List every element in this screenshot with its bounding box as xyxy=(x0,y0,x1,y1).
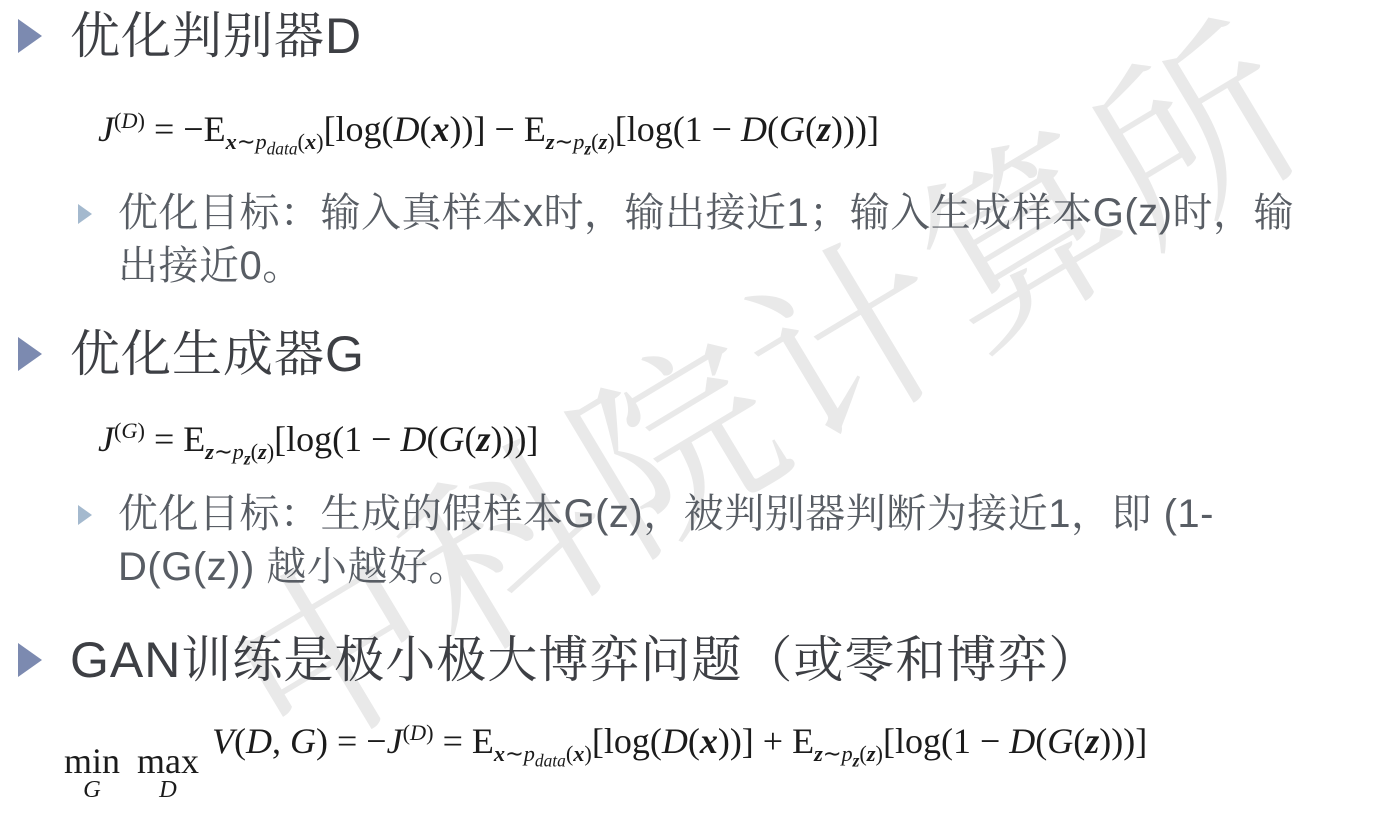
section-heading-generator: 优化生成器G xyxy=(18,322,365,386)
body-line: 优化目标：输入真样本x时，输出接近1；输入生成样本G(z)时，输 xyxy=(118,187,1294,240)
bullet-triangle-icon xyxy=(18,19,42,53)
content-layer: 优化判别器D J(D) = −Ex∼pdata(x)[log(D(x))] − … xyxy=(0,0,1387,817)
section-heading-discriminator: 优化判别器D xyxy=(18,4,362,68)
bullet-triangle-icon xyxy=(18,643,42,677)
body-line: D(G(z)) 越小越好。 xyxy=(118,541,1214,594)
body-text: 优化目标：生成的假样本G(z)，被判别器判断为接近1，即 (1- D(G(z))… xyxy=(118,488,1214,594)
heading-text: 优化判别器D xyxy=(70,4,362,68)
bullet-triangle-icon xyxy=(18,337,42,371)
discriminator-loss-formula: J(D) = −Ex∼pdata(x)[log(D(x))] − Ez∼pz(z… xyxy=(98,104,879,154)
section-heading-minimax: GAN训练是极小极大博弈问题（或零和博弈） xyxy=(18,628,1099,692)
sub-bullet-triangle-icon xyxy=(78,505,92,525)
heading-text: 优化生成器G xyxy=(70,322,365,386)
minimax-objective-formula: minG maxD V(D, G) = −J(D) = Ex∼pdata(x)[… xyxy=(60,716,1147,801)
body-line: 优化目标：生成的假样本G(z)，被判别器判断为接近1，即 (1- xyxy=(118,488,1214,541)
body-line: 出接近0。 xyxy=(118,240,1294,293)
heading-text: GAN训练是极小极大博弈问题（或零和博弈） xyxy=(70,628,1099,692)
sub-bullet-triangle-icon xyxy=(78,204,92,224)
slide: 中科院计算所 优化判别器D J(D) = −Ex∼pdata(x)[log(D(… xyxy=(0,0,1387,817)
sub-bullet-discriminator-objective: 优化目标：输入真样本x时，输出接近1；输入生成样本G(z)时，输 出接近0。 xyxy=(78,187,1294,293)
sub-bullet-generator-objective: 优化目标：生成的假样本G(z)，被判别器判断为接近1，即 (1- D(G(z))… xyxy=(78,488,1214,594)
generator-loss-formula: J(G) = Ez∼pz(z)[log(1 − D(G(z)))] xyxy=(98,414,538,464)
body-text: 优化目标：输入真样本x时，输出接近1；输入生成样本G(z)时，输 出接近0。 xyxy=(118,187,1294,293)
